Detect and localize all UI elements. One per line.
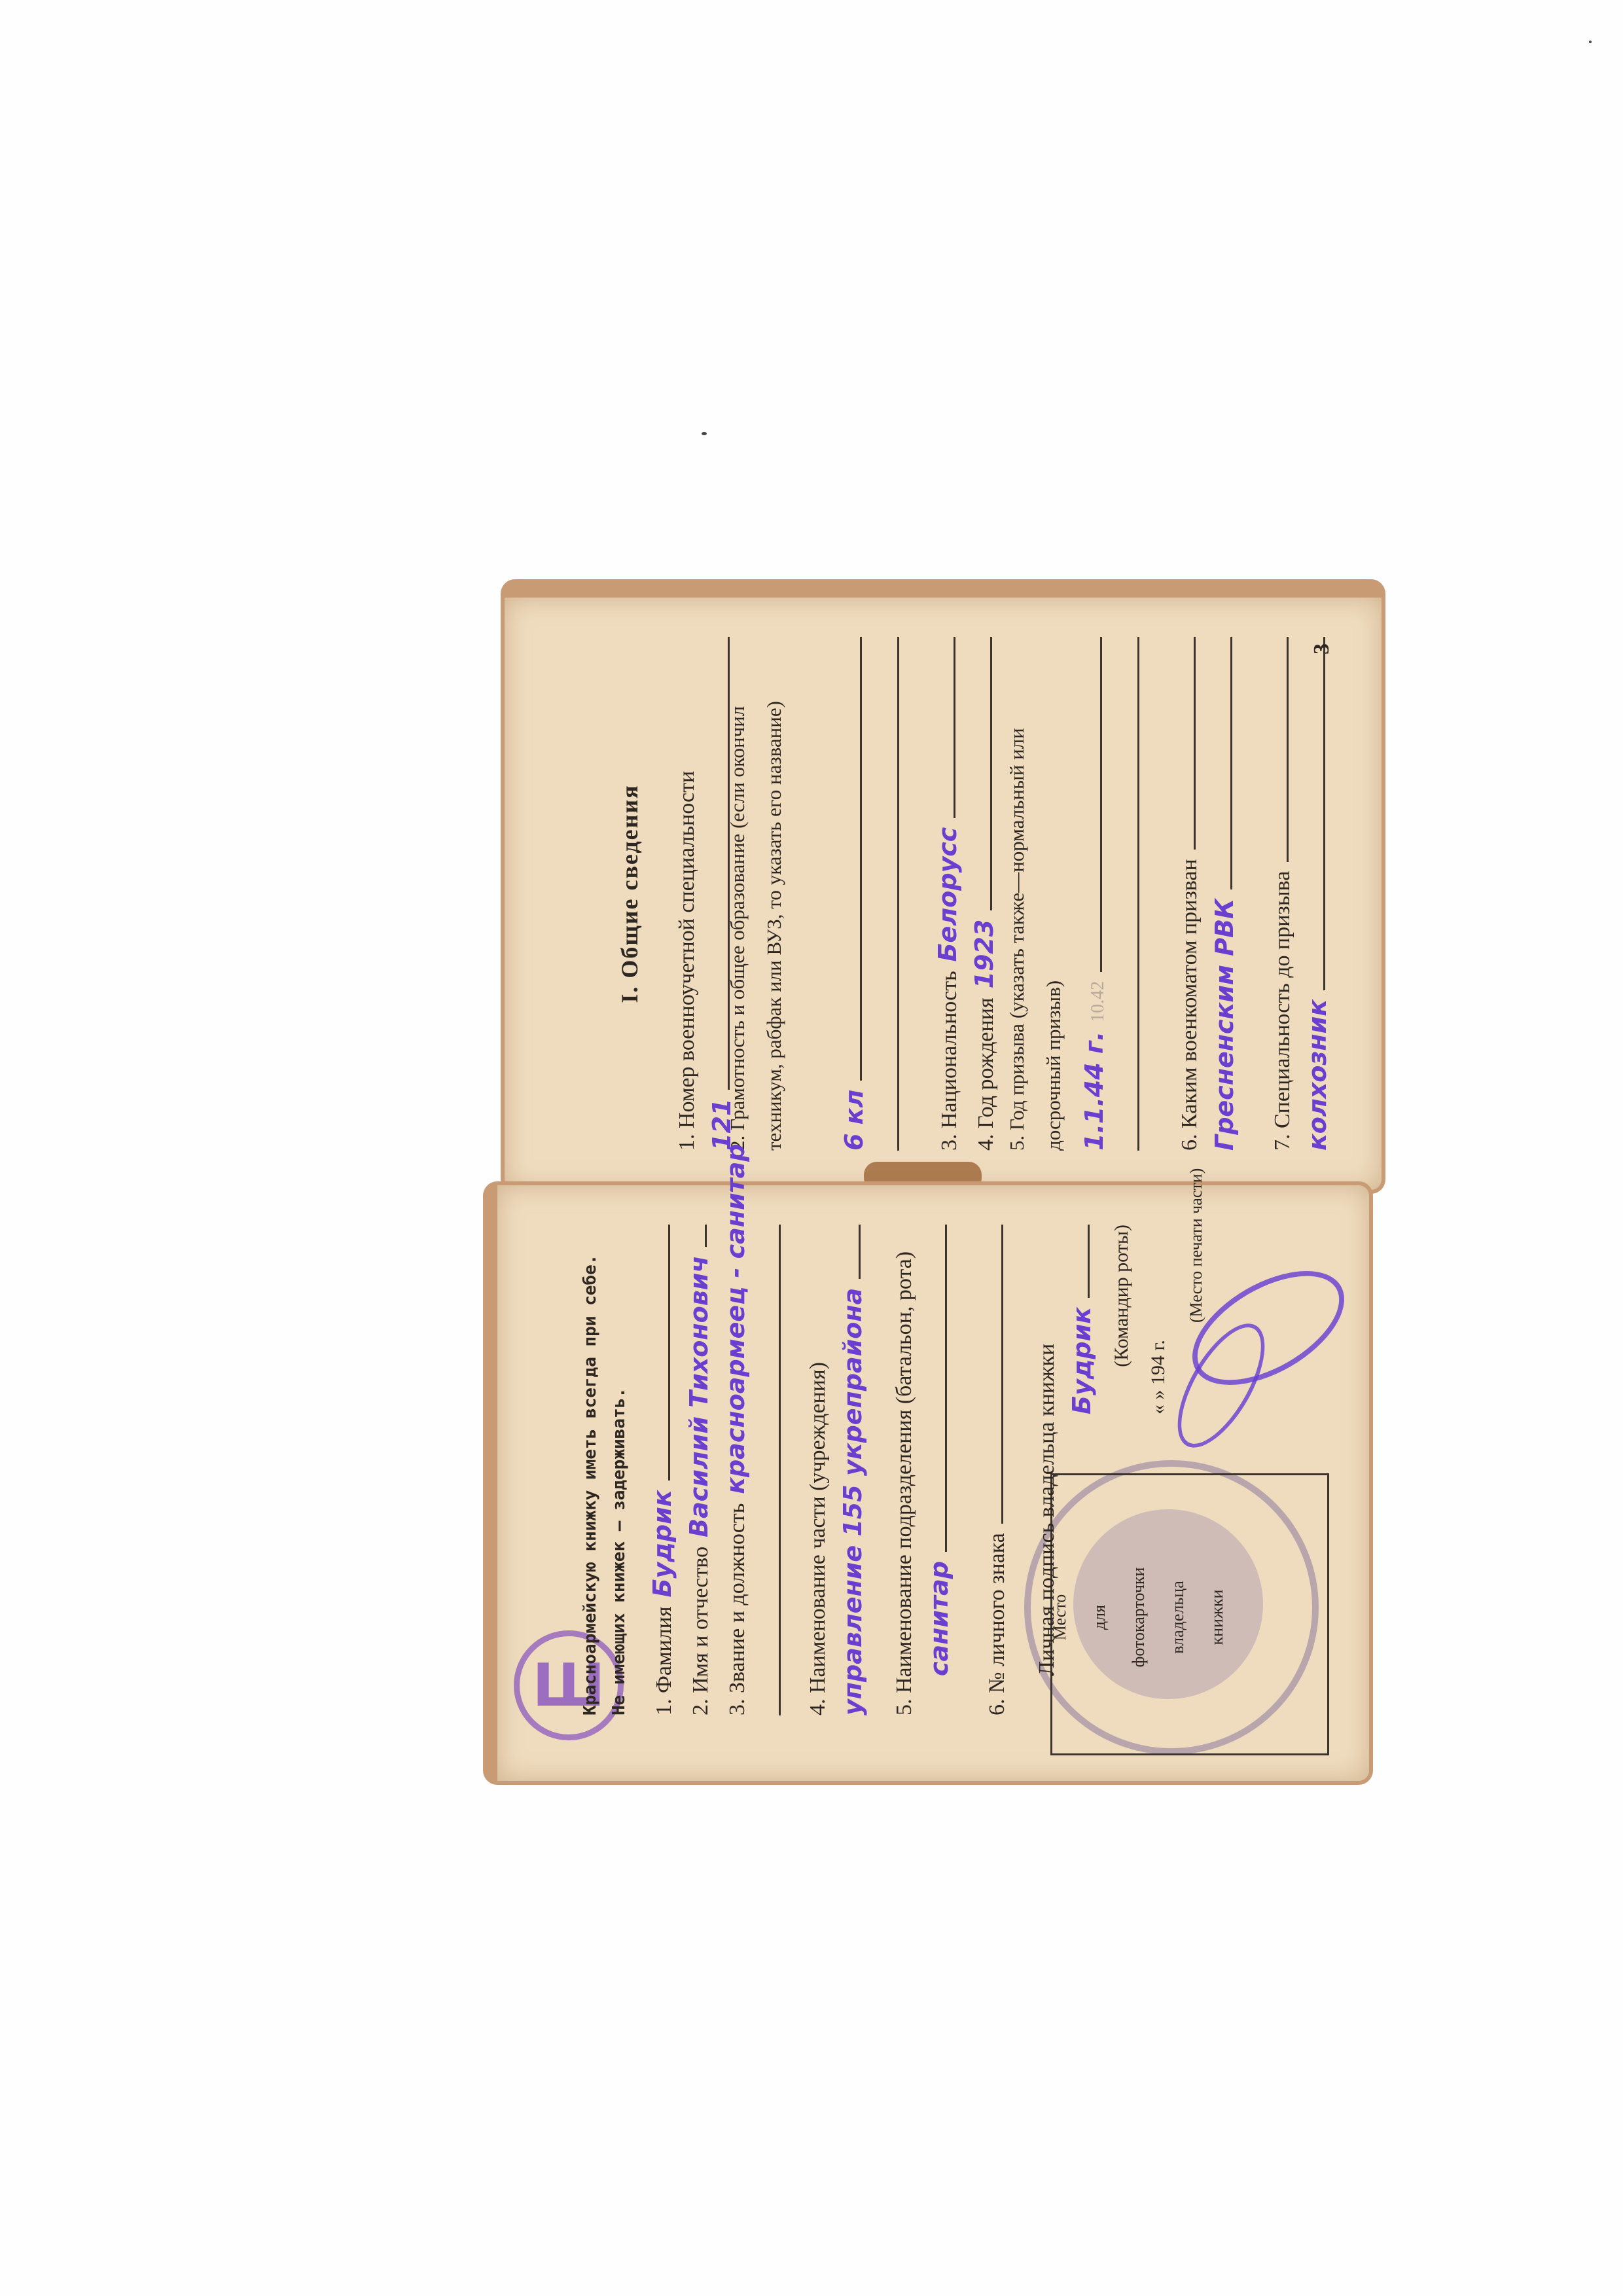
photo-caption-line: фотокарточки: [1119, 1480, 1158, 1755]
underline: [868, 637, 899, 1151]
underline: [1001, 1225, 1003, 1524]
field-value: 1.1.44 г.: [1080, 1031, 1109, 1151]
photo-caption-line: для: [1080, 1480, 1119, 1755]
seal-place-label: (Место печати части): [1169, 1225, 1206, 1323]
field-value-row: санитар: [917, 1225, 954, 1676]
right-page-content: I. Общие сведения 1. Номер военноучетной…: [505, 598, 1382, 1190]
field-label: 2. Имя и отчество: [688, 1547, 713, 1715]
scan-speck: [702, 432, 707, 435]
section-title: I. Общие сведения: [616, 598, 643, 1190]
field-surname: 1. Фамилия Будрик: [640, 1225, 677, 1715]
field-value: колхозник: [1303, 999, 1332, 1151]
photo-caption-line: книжки: [1198, 1480, 1237, 1755]
field-label: 1. Номер военноучетной специальности: [675, 771, 700, 1151]
field-birth-year: 4. Год рождения 1923: [962, 637, 999, 1151]
field-nationality: 3. Национальность Белорусс: [925, 637, 962, 1151]
field-prior-specialty: 7. Специальность до призыва: [1258, 637, 1295, 1151]
field-value: красноармеец - санитар: [721, 1143, 750, 1494]
field-subdivision: 5. Наименование подразделения (батальон,…: [880, 1225, 917, 1715]
field-label: 3. Звание и должность: [725, 1503, 750, 1715]
date-caption: « » 194 г.: [1147, 1340, 1169, 1414]
faint-note: 10.42: [1088, 981, 1109, 1022]
field-value: управление 155 укрепрайона: [838, 1288, 867, 1715]
field-value-row: управление 155 укрепрайона: [830, 1225, 867, 1715]
photo-caption-line: Место: [1041, 1480, 1080, 1755]
underline: [1100, 637, 1102, 972]
page-number: 3: [1310, 643, 1334, 655]
left-page-content: Красноармейскую книжку иметь всегда при …: [497, 1185, 1369, 1781]
field-military-office: 6. Каким военкоматом призван: [1166, 637, 1202, 1151]
field-conscription-year: 5. Год призыва (указать также—нормальный…: [999, 637, 1072, 1151]
seal-caption: (Место печати части): [1186, 1168, 1206, 1323]
field-value: 1923: [970, 920, 999, 989]
field-label: 5. Наименование подразделения (батальон,…: [892, 1251, 917, 1715]
field-label: 2. Грамотность и общее образование (если…: [719, 637, 793, 1151]
carry-notice: Красноармейскую книжку иметь всегда при …: [576, 1225, 633, 1715]
left-page-identity: Ш Красноармейскую книжку иметь всегда пр…: [483, 1181, 1373, 1785]
underline: [1230, 637, 1232, 889]
commander-caption: (Командир роты): [1111, 1225, 1133, 1367]
underline: [860, 637, 862, 1081]
field-label: 3. Национальность: [937, 971, 962, 1151]
underline: [750, 1225, 781, 1715]
underline: [1287, 637, 1289, 862]
commander-label: (Командир роты): [1096, 1225, 1133, 1414]
field-label: 6. № личного знака: [985, 1533, 1010, 1715]
field-value-row: 6 кл: [832, 637, 868, 1151]
field-label: 4. Наименование части (учреждения): [806, 1362, 830, 1715]
field-value: Будрик: [648, 1490, 677, 1597]
underline: [859, 1225, 861, 1279]
field-value: Белорусс: [933, 827, 962, 962]
field-value: Василий Тихонович: [685, 1256, 713, 1537]
underline: [990, 637, 992, 910]
underline: [1109, 637, 1139, 1151]
right-page-general-info: I. Общие сведения 1. Номер военноучетной…: [501, 579, 1385, 1194]
field-value: Будрик: [1067, 1307, 1096, 1414]
underline: [954, 637, 955, 818]
field-value-row: Гресненским РВК: [1202, 637, 1239, 1151]
photo-caption-line: владельца: [1158, 1480, 1198, 1755]
field-value: 6 кл: [840, 1090, 868, 1151]
field-label: 4. Год рождения: [974, 997, 999, 1151]
photo-box-caption: Место для фотокарточки владельца книжки: [1041, 1480, 1237, 1755]
field-military-specialty: 1. Номер военноучетной специальности: [663, 637, 700, 1151]
underline: [1194, 637, 1196, 850]
underline: [1088, 1225, 1090, 1298]
scan-speck: [1589, 41, 1592, 43]
field-education: 2. Грамотность и общее образование (если…: [756, 637, 793, 1151]
field-label: 7. Специальность до призыва: [1270, 871, 1295, 1151]
field-value-row: колхозник: [1295, 637, 1332, 1151]
underline: [705, 1225, 707, 1247]
field-label: 1. Фамилия: [652, 1607, 677, 1715]
field-rank-position: 3. Звание и должность красноармеец - сан…: [713, 1225, 750, 1715]
underline: [1323, 637, 1325, 990]
underline: [668, 1225, 670, 1480]
date-line: « » 194 г.: [1133, 1225, 1169, 1414]
underline: [945, 1225, 947, 1552]
field-name-patronymic: 2. Имя и отчество Василий Тихонович: [677, 1225, 713, 1715]
field-tag-number: 6. № личного знака: [973, 1225, 1010, 1715]
field-unit: 4. Наименование части (учреждения): [794, 1225, 830, 1715]
field-value: санитар: [925, 1561, 954, 1676]
field-label: 5. Год призыва (указать также—нормальный…: [999, 637, 1072, 1151]
field-value-row: 1.1.44 г.10.42: [1072, 637, 1109, 1151]
field-value-row: Будрик: [1060, 1225, 1096, 1414]
field-label: 6. Каким военкоматом призван: [1177, 859, 1202, 1151]
field-value: Гресненским РВК: [1210, 899, 1239, 1151]
